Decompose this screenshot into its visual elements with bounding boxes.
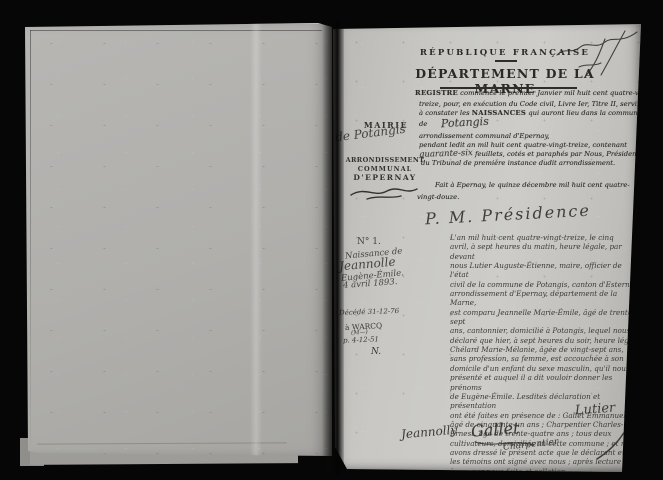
fait-line-1: Fait à Epernay, le quinze décembre mil h… (435, 181, 630, 190)
republic-heading: RÉPUBLIQUE FRANÇAISE (405, 48, 605, 58)
light-streak (250, 23, 262, 456)
signature-maire-paraph (591, 407, 639, 463)
stamp-epernay: D'EPERNAY (339, 173, 431, 182)
fait-line-2: vingt-douze. (417, 193, 459, 202)
margin-mention-paraph: N. (371, 347, 381, 357)
paper-texture (25, 23, 332, 456)
registry-book-scan: RÉPUBLIQUE FRANÇAISE DÉPARTEMENT DE LA M… (0, 0, 663, 480)
registre-word: REGISTRE (415, 89, 458, 97)
page-edge-line-horizontal (30, 30, 322, 31)
registre-line-2: treize, pour, en exécution du Code civil… (419, 100, 640, 109)
registre-line-1: REGISTRE commencé le premier Janvier mil… (415, 89, 655, 98)
page-edge-line-vertical (30, 30, 31, 444)
stamp-communal: COMMUNAL (339, 165, 431, 173)
registre-line-4: dePotangis (419, 119, 489, 129)
margin-mention-line-4: p. 4-12-51 (343, 335, 379, 344)
heading-rule (495, 60, 517, 62)
right-page: RÉPUBLIQUE FRANÇAISE DÉPARTEMENT DE LA M… (333, 23, 642, 472)
acte-number: N° 1. (357, 237, 381, 247)
registre-line-7: quarante-six feuillets, cotés et paraphé… (419, 150, 639, 159)
registre-line-5: arrondissement communal d'Epernay, (419, 132, 550, 141)
commune-name-handwritten: Potangis (441, 118, 489, 129)
stamp-arrondissement: ARRONDISSEMENT (339, 156, 431, 164)
registre-line-8: du Tribunal de première instance dudit a… (421, 159, 615, 168)
stamp-flourish (349, 183, 421, 203)
left-page (25, 23, 332, 456)
